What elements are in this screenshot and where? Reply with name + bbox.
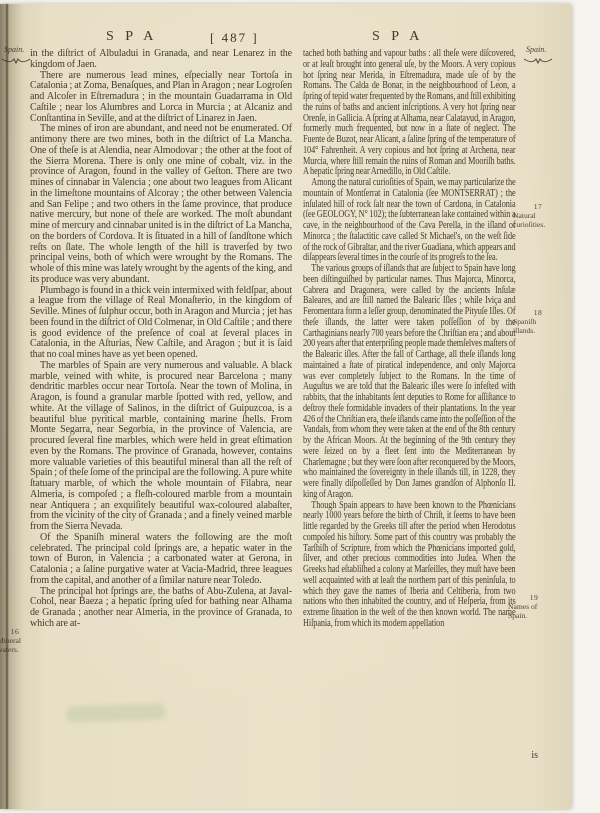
paragraph: The marbles of Spain are very numerous a…: [30, 361, 292, 533]
right-text-column: tached both bathing and vapour baths : a…: [303, 49, 516, 630]
margin-note-text: iſlands.: [513, 327, 563, 336]
margin-note-text: curioſities.: [513, 221, 563, 230]
binding-fold-line: [6, 4, 8, 809]
margin-label-spain-left: Spain.: [4, 46, 24, 55]
margin-label-spain-right: Spain.: [526, 46, 546, 55]
margin-note-16: 16 Mineral waters.: [0, 628, 33, 654]
scanned-book-page: S P A [ 487 ] S P A Spain. Spain. in the…: [0, 0, 600, 813]
paragraph: The various groups of iſlands that are ſ…: [303, 264, 516, 501]
margin-note-18: 18 Spaniſh iſlands.: [513, 309, 563, 335]
brace-ornament-right: [523, 56, 553, 65]
paragraph: Though Spain appears to have been known …: [303, 501, 516, 630]
page-number: [ 487 ]: [210, 30, 259, 46]
paragraph: in the diſtrict of Albuladui in Granada,…: [30, 49, 292, 71]
paragraph: Of the Spaniſh mineral waters the follow…: [30, 533, 292, 587]
left-text-column: in the diſtrict of Albuladui in Granada,…: [30, 49, 292, 630]
paragraph: Plumbago is found in a thick vein interm…: [30, 286, 292, 361]
margin-note-17: 17 Natural curioſities.: [513, 203, 563, 229]
margin-note-text: Spain.: [508, 612, 560, 621]
paragraph: The principal hot ſprings are, the baths…: [30, 587, 292, 630]
brace-ornament-left: [1, 56, 31, 65]
paragraph: The mines of iron are abundant, and need…: [30, 124, 292, 285]
stamp-smudge-artifact: [66, 703, 166, 722]
margin-note-text: waters.: [0, 646, 33, 655]
binding-gutter-shadow: [0, 4, 24, 809]
paragraph: tached both bathing and vapour baths : a…: [303, 49, 516, 178]
paragraph: Among the natural curioſities of Spain, …: [303, 178, 516, 264]
running-head-right: S P A: [372, 29, 423, 45]
paper-sheet: S P A [ 487 ] S P A Spain. Spain. in the…: [0, 4, 572, 809]
running-head-left: S P A: [106, 29, 157, 45]
catchword: is: [492, 750, 538, 761]
margin-note-19: 19 Names of Spain.: [508, 594, 560, 620]
paragraph: There are numerous lead mines, eſpeciall…: [30, 71, 292, 125]
